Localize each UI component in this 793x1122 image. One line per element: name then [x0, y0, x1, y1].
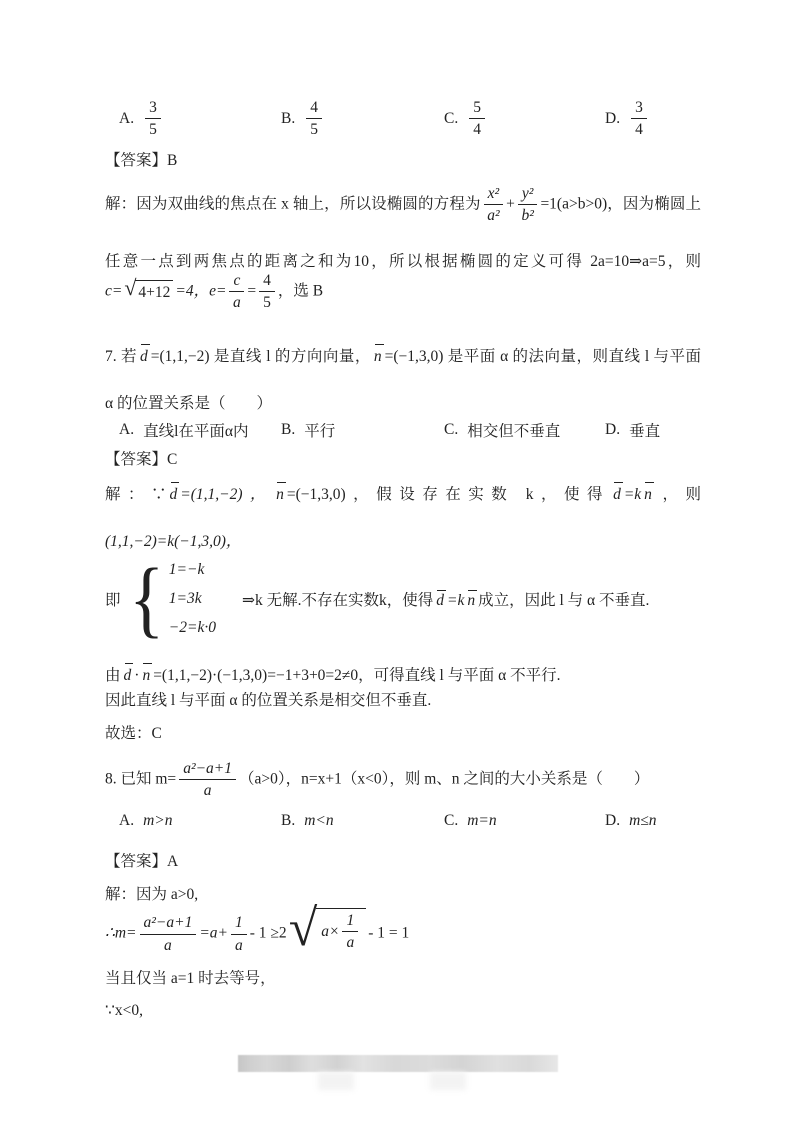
q7-options-row: A. 直线l在平面α内 B. 平行 C. 相交但不垂直 D. 垂直 [105, 419, 745, 441]
q8-stem-text: （a>0），n=x+1（x<0），则 m、n 之间的大小关系是（ ） [239, 770, 649, 787]
vector-d: d [124, 665, 132, 686]
fraction-numerator: c [229, 272, 244, 292]
equals-sign: = [247, 282, 256, 299]
square-root-big: √a×1a [289, 908, 367, 960]
q7-option-c: C. 相交但不垂直 [444, 419, 560, 441]
fraction-numerator: 1 [231, 914, 247, 934]
fraction-denominator: 4 [473, 119, 481, 138]
q7-stem-text: =(−1,3,0) 是平面 α 的法向量，则直线 l 与平面 [385, 348, 701, 365]
q8-option-c: C. m=n [444, 812, 497, 830]
q8-option-b-text: m<n [304, 812, 333, 830]
q8-option-c-text: m=n [467, 812, 496, 830]
q8-option-d-text: m≤n [629, 812, 656, 830]
fraction-denominator: a [204, 780, 212, 799]
fraction-numerator: 3 [145, 99, 161, 119]
q7-option-d-text: 垂直 [629, 419, 660, 441]
q8-stem-text: 8. 已知 m= [105, 770, 176, 787]
q7-stem-text: =(1,1,−2) 是直线 l 的方向向量， [151, 348, 371, 365]
q6-solution-line3: c=√4+12=4，e=ca=45，选 B [105, 272, 323, 312]
vector-n: n [374, 346, 382, 367]
q7-option-a-text: 直线l在平面α内 [143, 419, 248, 441]
fraction-denominator: 4 [635, 119, 643, 138]
q8-option-b-label: B. [281, 812, 295, 830]
fraction-1-a: 1a [342, 912, 358, 952]
q7-solution-conclusion: 因此直线 l 与平面 α 的位置关系是相交但不垂直. [105, 690, 431, 711]
q8-options-row: A. m>n B. m<n C. m=n D. m≤n [105, 812, 745, 834]
vector-n: n [467, 592, 475, 610]
fraction-y2-b2: y²b² [518, 185, 538, 225]
q6-option-b-fraction: 4 5 [306, 99, 322, 139]
fraction-m: a²−a+1a [140, 914, 197, 954]
fraction-denominator: a² [487, 205, 499, 224]
q7-stem-text: 7. 若 [105, 348, 137, 365]
math-c-equals: c= [105, 282, 122, 299]
radical-icon: √ [289, 903, 318, 955]
square-root: √4+12 [124, 280, 173, 303]
radical-icon: √ [124, 277, 136, 299]
vector-d: d [613, 484, 621, 505]
q6-options-row: A. 3 5 B. 4 5 C. 5 4 D. 3 4 [105, 99, 745, 149]
q6-option-b-label: B. [281, 110, 295, 128]
q6-solution-line1: 解：因为双曲线的焦点在 x 轴上，所以设椭圆的方程为x²a²+y²b²=1(a>… [105, 185, 701, 225]
fraction-numerator: a²−a+1 [179, 760, 236, 780]
fraction-denominator: 5 [263, 292, 271, 311]
q7-option-b: B. 平行 [281, 419, 335, 441]
fraction-denominator: a [346, 932, 354, 951]
fraction-1-a: 1a [231, 914, 247, 954]
q8-option-a-text: m>n [143, 812, 172, 830]
q7-sol-text: =(−1,3,0)，假设存在实数 k，使得 [287, 486, 610, 503]
fraction-numerator: x² [484, 185, 504, 205]
fraction-denominator: b² [521, 205, 533, 224]
q6-option-d-fraction: 3 4 [631, 99, 647, 139]
fraction-numerator: y² [518, 185, 538, 205]
plus-sign: + [506, 195, 515, 212]
radicand: 4+12 [135, 280, 173, 303]
q7-sol-text: 由 [105, 667, 121, 684]
q6-option-c-fraction: 5 4 [469, 99, 485, 139]
q7-option-b-label: B. [281, 421, 295, 439]
q8-option-d-label: D. [605, 812, 620, 830]
system-label: 即 [105, 588, 121, 610]
q7-sol-text: ⇒k 无解.不存在实数k，使得 [242, 592, 433, 609]
math-text: - 1 = 1 [368, 925, 409, 942]
fraction-numerator: 4 [306, 99, 322, 119]
exam-answer-page: A. 3 5 B. 4 5 C. 5 4 D. 3 4 [0, 0, 793, 1122]
fraction-denominator: a [233, 292, 241, 311]
fraction-numerator: 1 [342, 912, 358, 932]
radicand: a×1a [316, 908, 366, 952]
q7-stem-line1: 7. 若d=(1,1,−2) 是直线 l 的方向向量，n=(−1,3,0) 是平… [105, 346, 701, 367]
q7-sol-text: 成立，因此 l 与 α 不垂直. [478, 592, 649, 609]
math-text: =k [447, 592, 464, 609]
q7-option-a: A. 直线l在平面α内 [119, 419, 249, 441]
case-equation-3: −2=k·0 [169, 616, 216, 640]
case-equation-1: 1=−k [169, 558, 216, 582]
q8-solution-inequality: ∴m=a²−a+1a=a+1a- 1 ≥2√a×1a- 1 = 1 [105, 908, 409, 960]
q6-option-c-label: C. [444, 110, 458, 128]
q7-answer: 【答案】C [105, 449, 177, 470]
fraction-denominator: 5 [310, 119, 318, 138]
q8-option-b: B. m<n [281, 812, 334, 830]
watermark-bar [238, 1055, 558, 1072]
fraction-numerator: 4 [259, 272, 275, 292]
fraction-denominator: a [235, 935, 243, 954]
case-equation-2: 1=3k [169, 587, 216, 611]
q7-option-d: D. 垂直 [605, 419, 660, 441]
vector-n: n [276, 484, 284, 505]
dot-operator: · [134, 667, 139, 684]
q7-choice: 故选：C [105, 723, 162, 744]
vector-d: d [170, 484, 178, 505]
fraction-m: a²−a+1a [179, 760, 236, 800]
q6-sol-text: 解：因为双曲线的焦点在 x 轴上，所以设椭圆的方程为 [105, 195, 481, 212]
q7-solution-dot-product: 由d·n=(1,1,−2)·(−1,3,0)=−1+3+0=2≠0，可得直线 l… [105, 665, 561, 686]
fraction-denominator: 5 [149, 119, 157, 138]
q6-option-a-label: A. [119, 110, 134, 128]
q8-option-c-label: C. [444, 812, 458, 830]
q6-option-d: D. 3 4 [605, 99, 650, 139]
math-text: - 1 ≥2 [250, 925, 287, 942]
q8-option-a: A. m>n [119, 812, 172, 830]
q8-answer: 【答案】A [105, 851, 178, 872]
q7-solution-line2: (1,1,−2)=k(−1,3,0)， [105, 531, 241, 552]
q6-option-d-label: D. [605, 110, 620, 128]
vector-d: d [140, 346, 148, 367]
fraction-c-a: ca [229, 272, 244, 312]
q7-sol-text: 解：∵ [105, 486, 167, 503]
therefore-m-equals: ∴m= [105, 925, 137, 942]
q8-solution-because-x: ∵x<0, [105, 1000, 143, 1021]
q7-option-d-label: D. [605, 421, 620, 439]
fraction-denominator: a [164, 935, 172, 954]
q6-option-b: B. 4 5 [281, 99, 325, 139]
left-brace: { [129, 560, 164, 637]
math-text: =k [624, 486, 641, 503]
vector-d: d [436, 592, 444, 610]
q6-solution-line2: 任意一点到两焦点的距离之和为10，所以根据椭圆的定义可得 2a=10⇒a=5，则 [105, 251, 701, 272]
q7-stem-line2: α 的位置关系是（ ） [105, 393, 272, 414]
q7-option-b-text: 平行 [304, 419, 335, 441]
q7-equation-system: 即 { 1=−k 1=3k −2=k·0 ⇒k 无解.不存在实数k，使得d=kn… [105, 558, 649, 640]
q7-solution-line1: 解：∵d=(1,1,−2)，n=(−1,3,0)，假设存在实数 k，使得d=kn… [105, 484, 701, 505]
fraction-numerator: 3 [631, 99, 647, 119]
system-conclusion: ⇒k 无解.不存在实数k，使得d=kn成立，因此 l 与 α 不垂直. [242, 588, 649, 610]
math-text: =4，e= [175, 282, 226, 299]
vector-n: n [142, 665, 150, 686]
fraction-4-5: 45 [259, 272, 275, 312]
q6-option-a: A. 3 5 [119, 99, 164, 139]
q7-sol-text: ，则 [655, 486, 701, 503]
q7-option-c-label: C. [444, 421, 458, 439]
q6-sol-choose: ，选 B [278, 282, 323, 299]
q8-option-d: D. m≤n [605, 812, 657, 830]
q6-sol-text: =1(a>b>0)，因为椭圆上 [540, 195, 701, 212]
q7-option-a-label: A. [119, 421, 134, 439]
cases-column: 1=−k 1=3k −2=k·0 [169, 558, 216, 640]
q8-solution-line1: 解：因为 a>0, [105, 884, 198, 905]
watermark-smudge [318, 1072, 354, 1090]
fraction-numerator: 5 [469, 99, 485, 119]
q6-answer: 【答案】B [105, 150, 177, 171]
q6-option-a-fraction: 3 5 [145, 99, 161, 139]
q8-solution-equality-condition: 当且仅当 a=1 时去等号， [105, 968, 276, 989]
q7-sol-text: =(1,1,−2)·(−1,3,0)=−1+3+0=2≠0，可得直线 l 与平面… [153, 667, 560, 684]
math-text: a× [321, 921, 339, 942]
math-text: =(1,1,−2)， [180, 486, 273, 503]
q8-option-a-label: A. [119, 812, 134, 830]
vector-n: n [644, 484, 652, 505]
q6-option-c: C. 5 4 [444, 99, 488, 139]
q7-option-c-text: 相交但不垂直 [467, 419, 560, 441]
watermark-smudge [430, 1072, 466, 1090]
q8-stem: 8. 已知 m=a²−a+1a（a>0），n=x+1（x<0），则 m、n 之间… [105, 760, 649, 800]
math-text: =a+ [199, 925, 228, 942]
fraction-x2-a2: x²a² [484, 185, 504, 225]
fraction-numerator: a²−a+1 [140, 914, 197, 934]
